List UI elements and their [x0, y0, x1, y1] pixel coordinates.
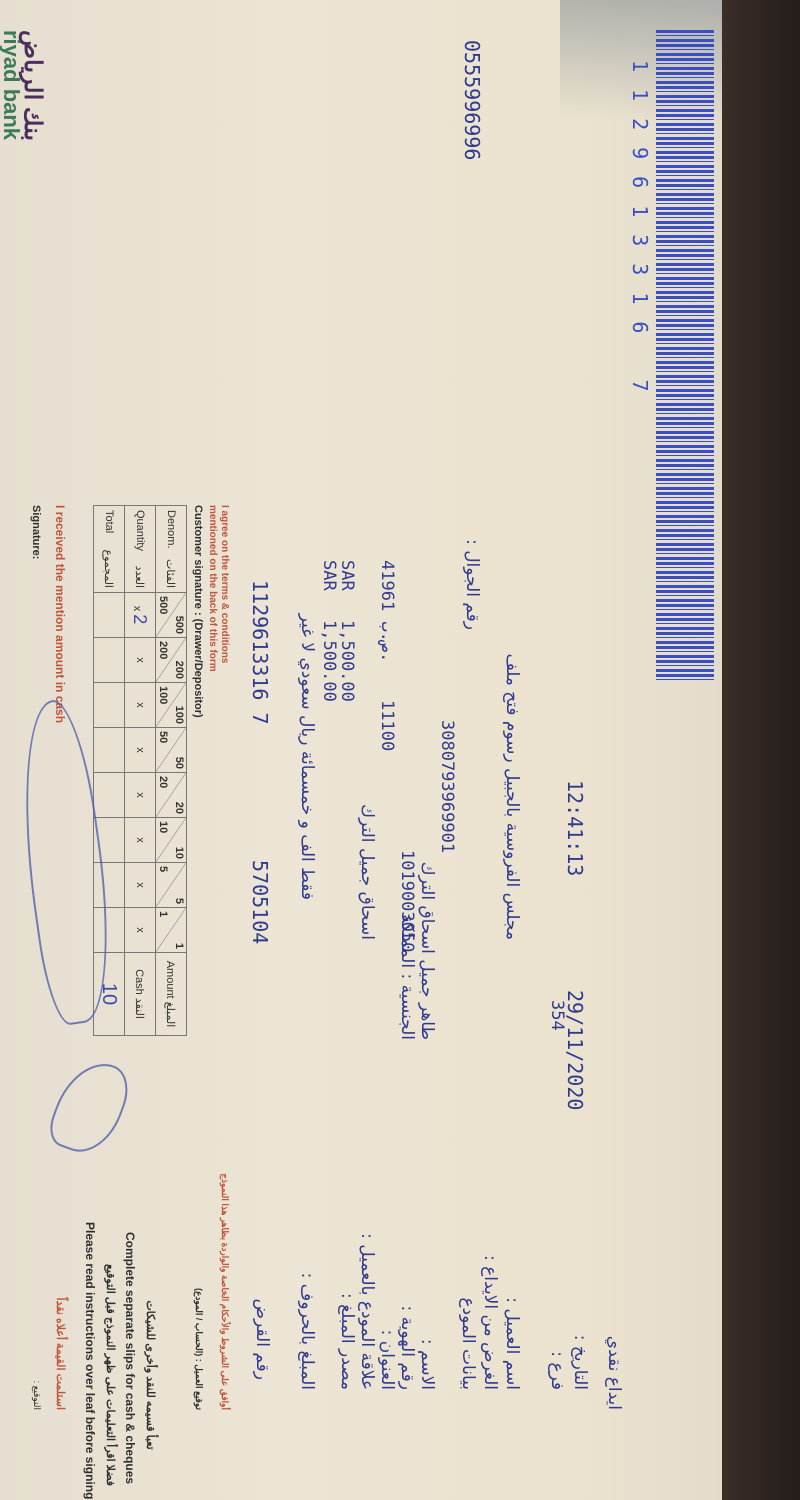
terms-en-1: I agree on the terms & conditions — [219, 505, 230, 663]
amount-2: 1,500.00 — [319, 620, 339, 702]
received-ar: استلمت القيمة أعلاه نقداً — [54, 1297, 67, 1410]
account-number: 3080793969901 — [437, 720, 457, 853]
customer-name-label: اسم العميل : — [502, 1297, 522, 1390]
address-value: ص.ب 41961. — [377, 560, 397, 662]
qty-200: x — [125, 638, 156, 683]
branch-value: 354 — [547, 1000, 567, 1031]
qty-100: x — [125, 683, 156, 728]
qty-10: x — [125, 818, 156, 863]
total-100 — [94, 683, 125, 728]
total-200 — [94, 638, 125, 683]
cash-label: Cash النقد — [125, 953, 156, 1036]
table-row-denom: Denom. الفئات 500500 200200 100100 5050 … — [156, 506, 187, 1036]
depositor-section-label: بيانات المودع — [458, 1297, 478, 1390]
bank-logo-en: riyad bank — [0, 30, 24, 140]
terms-ar: أوافق على الشروط والأحكام الخاصة والوارد… — [219, 1173, 230, 1410]
depositor-name: طاهر جميل اسحاق الترك — [417, 862, 437, 1040]
relation-value: اسحاق جميل الترك — [357, 804, 377, 940]
instructions-ar-1: تعبأ قسيمه للنقد وأخرى للشيكات — [144, 1260, 157, 1490]
instructions-ar-2: فضلا اقرأ التعليمات على ظهر النموذج قبل … — [104, 1260, 117, 1490]
customer-signature-ar: توقيع العميل : (الحساب / المودع) — [193, 1288, 204, 1410]
relation-label: علاقة المودع بالعميل : — [357, 1233, 377, 1390]
terms-en-2: mentioned on the back of this form — [207, 505, 218, 672]
depositor-name-label: الاسم : — [417, 1339, 437, 1390]
denom-200: 200200 — [156, 638, 187, 683]
denomination-table: Denom. الفئات 500500 200200 100100 5050 … — [93, 505, 187, 1036]
desk-background — [722, 0, 800, 1500]
qty-500: x 2 — [125, 593, 156, 638]
qty-1: x — [125, 908, 156, 953]
branch-label: فرع : — [547, 1351, 567, 1390]
source-label: مصدر المبلغ : — [337, 1293, 357, 1390]
denom-10: 1010 — [156, 818, 187, 863]
denom-label: Denom. الفئات — [156, 506, 187, 593]
purpose-label: الغرض من الايداع : — [480, 1255, 500, 1390]
deposit-slip: 1129613316 7 ايداع نقدي التاريخ : 29/11/… — [0, 0, 722, 1500]
nationality: الجنسية : المملكة — [397, 914, 417, 1040]
phone-label: رقم الجوال : — [462, 539, 482, 630]
total-50 — [94, 728, 125, 773]
ref-label: رقم القرض — [252, 1299, 272, 1381]
phone-number: 0555996996 — [460, 40, 484, 160]
qty-50: x — [125, 728, 156, 773]
total-label: Total المجموع — [94, 506, 125, 593]
denom-1: 11 — [156, 908, 187, 953]
slip-title: ايداع نقدي — [604, 1336, 624, 1410]
ref-number-2: 5705104 — [248, 860, 272, 944]
amount-words-label: المبلغ بالحروف : — [297, 1273, 317, 1390]
total-500 — [94, 593, 125, 638]
total-20 — [94, 773, 125, 818]
barcode — [656, 30, 714, 680]
currency-1: SAR — [337, 560, 357, 591]
id-label: رقم الهوية : — [397, 1305, 417, 1390]
currency-2: SAR — [319, 560, 339, 591]
qty-5: x — [125, 863, 156, 908]
amount-words: فقط الف و خمسمائة ريال سعودي لا غير — [297, 614, 317, 900]
quantity-label: Quantity العدد — [125, 506, 156, 593]
signature-en: Signature: — [30, 505, 42, 559]
customer-signature-en: Customer signature : (Drawer/Depositor) — [192, 505, 204, 718]
barcode-digits: 1129613316 7 — [628, 60, 652, 409]
denom-100: 100100 — [156, 683, 187, 728]
table-row-quantity: Quantity العدد x 2 x x x x x x x Cash ال… — [125, 506, 156, 1036]
amount-header: Amount المبلغ — [156, 953, 187, 1036]
ref-number-1: 1129613316 7 — [248, 580, 272, 725]
time-value: 12:41:13 — [563, 780, 587, 876]
date-label: التاريخ : — [570, 1335, 590, 1390]
denom-50: 5050 — [156, 728, 187, 773]
address-label: العنوان : — [377, 1330, 397, 1390]
instructions-en-1: Complete separate slips for cash & chequ… — [123, 1232, 137, 1484]
received-en: I received the mention amount in cash — [53, 505, 67, 723]
denom-20: 2020 — [156, 773, 187, 818]
qty-20: x — [125, 773, 156, 818]
denom-500: 500500 — [156, 593, 187, 638]
handwritten-signature-mark — [44, 1052, 136, 1162]
amount-1: 1,500.00 — [337, 620, 357, 702]
signature-ar: التوقيع : — [31, 1381, 42, 1410]
denom-5: 55 — [156, 863, 187, 908]
instructions-en-2: Please read instructions over leaf befor… — [83, 1222, 97, 1499]
customer-name: مجلس الفروسية بالجبيل رسوم فتح ملف — [502, 510, 522, 940]
postal-code: 11100 — [377, 700, 397, 751]
